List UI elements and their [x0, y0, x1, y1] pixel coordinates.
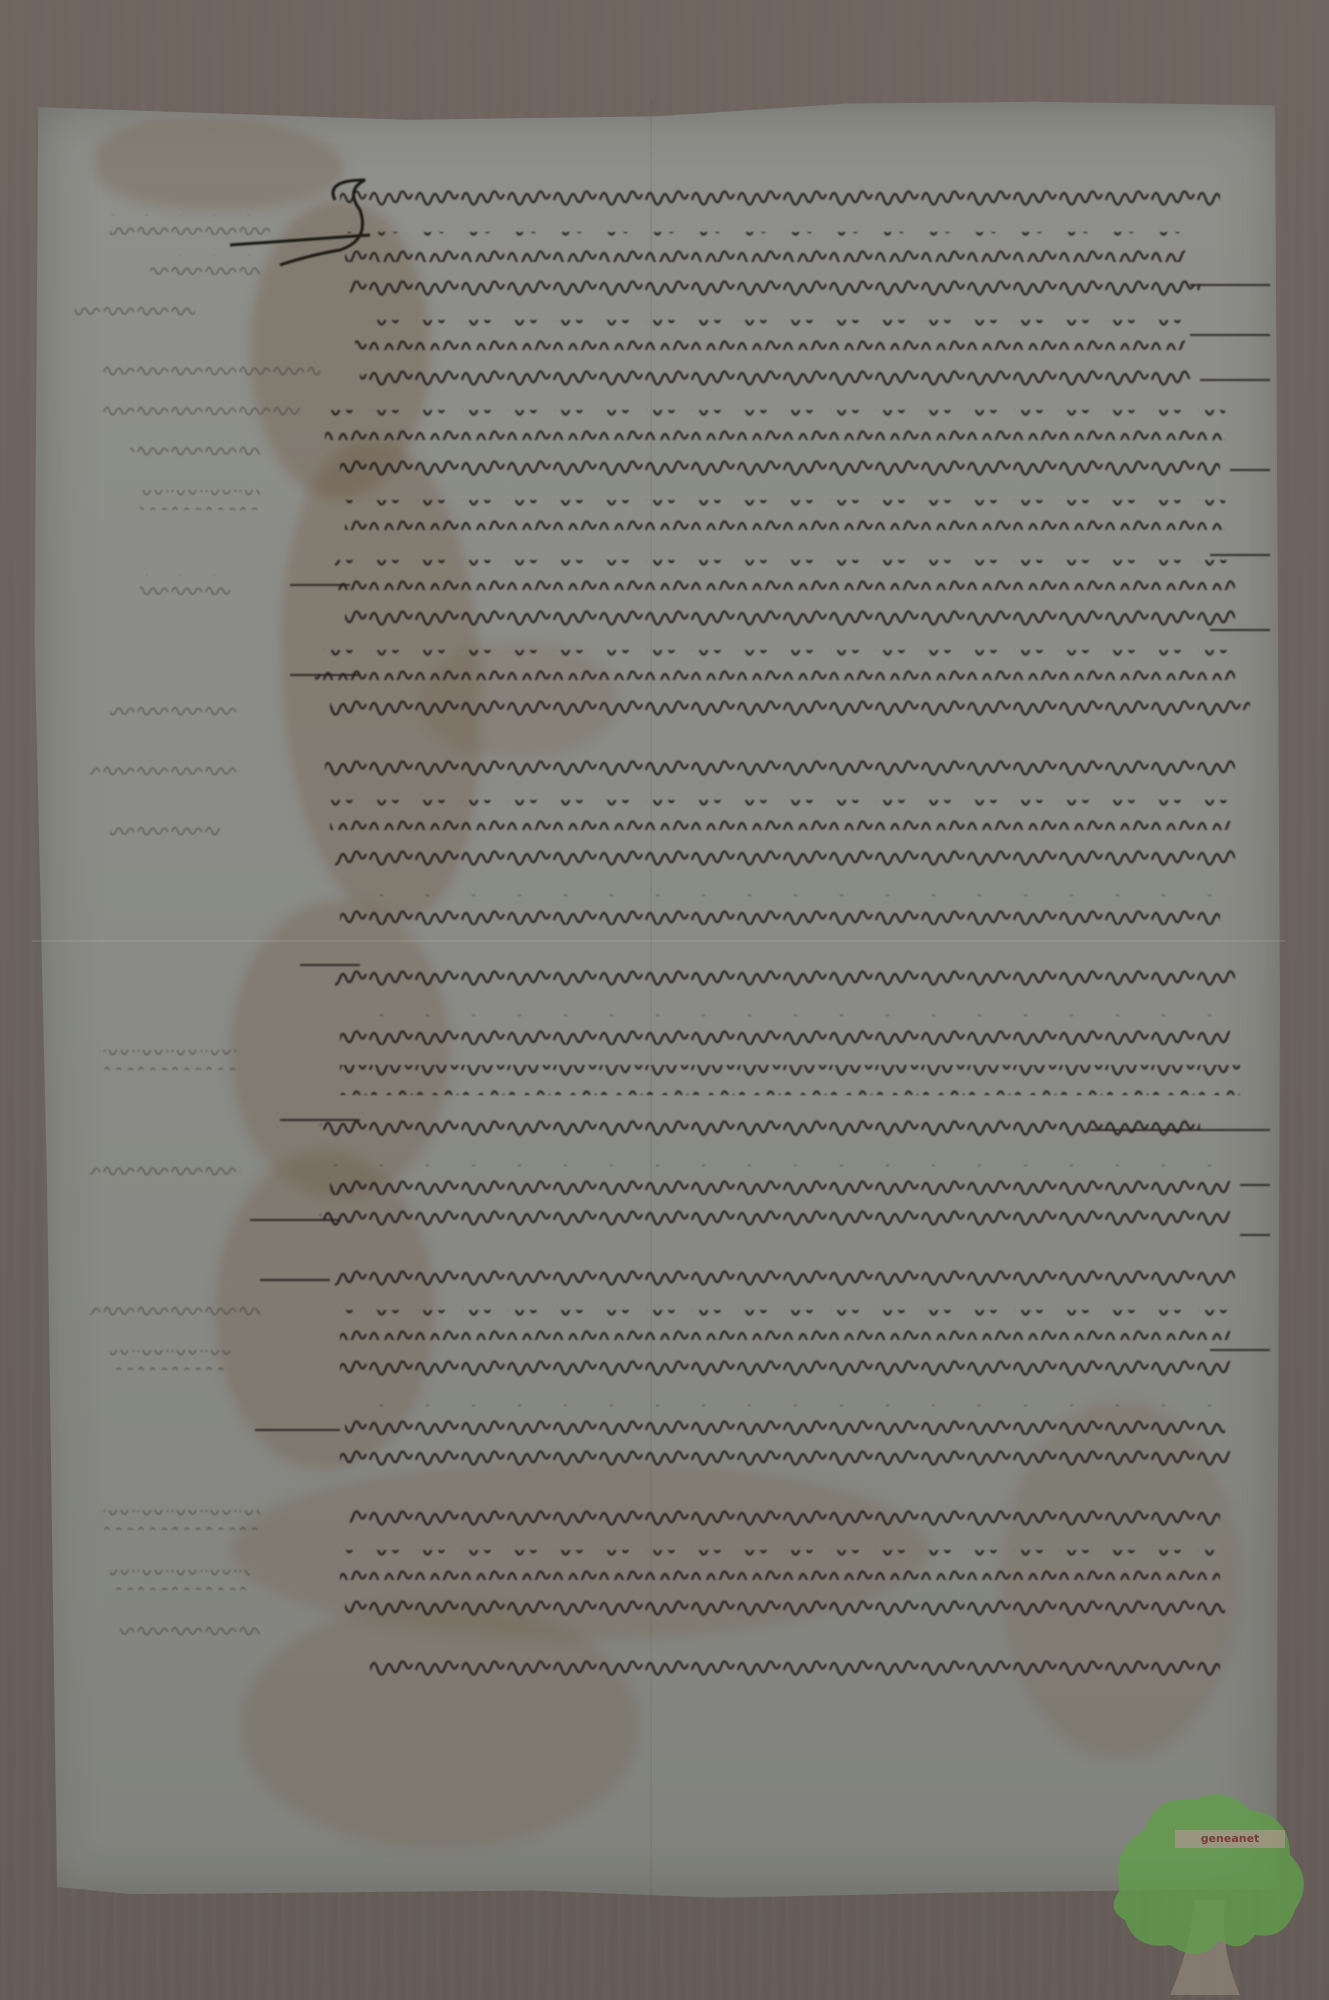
margin-notes: [75, 215, 320, 1640]
handwritten-text: [0, 0, 1329, 2000]
text-lines: [315, 180, 1250, 1685]
watermark-label: geneanet: [1175, 1830, 1285, 1848]
tree-logo-icon: [1100, 1780, 1320, 2000]
